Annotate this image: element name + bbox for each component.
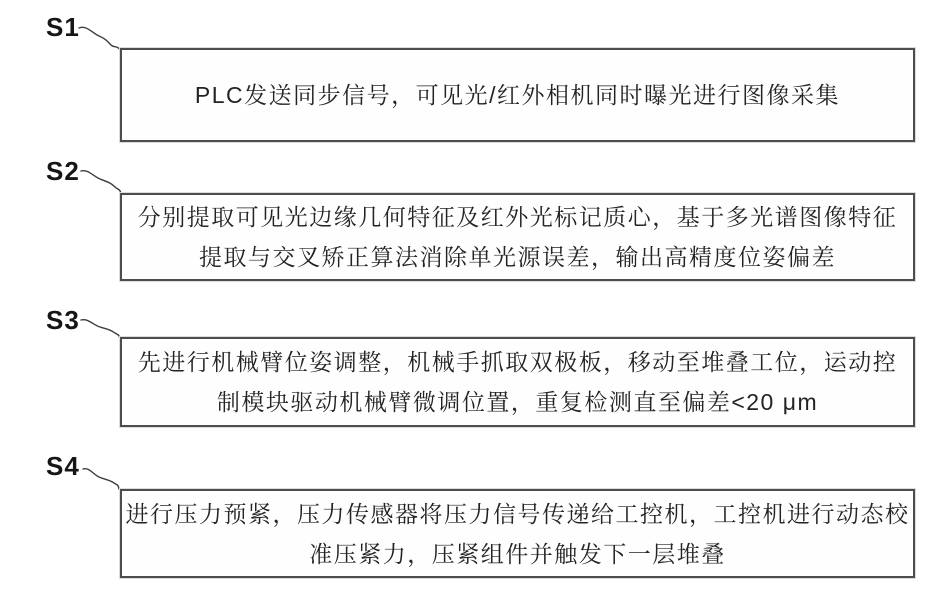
step-text-line: 提取与交叉矫正算法消除单光源误差，输出高精度位姿偏差 <box>199 237 836 277</box>
step-label-s1: S1 <box>46 14 80 40</box>
step-box-s3: 先进行机械臂位姿调整，机械手抓取双极板，移动至堆叠工位，运动控 制模块驱动机械臂… <box>120 337 915 427</box>
step-label-s4: S4 <box>46 453 80 479</box>
leader-line-s4 <box>82 466 122 494</box>
step-text-line: 先进行机械臂位姿调整，机械手抓取双极板，移动至堆叠工位，运动控 <box>138 342 898 382</box>
leader-line-s1 <box>78 24 124 56</box>
step-box-s1: PLC发送同步信号，可见光/红外相机同时曝光进行图像采集 <box>120 48 915 142</box>
step-text-line: 分别提取可见光边缘几何特征及红外光标记质心，基于多光谱图像特征 <box>138 197 898 237</box>
step-text-line: 进行压力预紧，压力传感器将压力信号传递给工控机，工控机进行动态校 <box>126 494 910 534</box>
step-label-s3: S3 <box>46 307 80 333</box>
flowchart-figure: S1 PLC发送同步信号，可见光/红外相机同时曝光进行图像采集 S2 分别提取可… <box>0 0 937 606</box>
step-label-s2: S2 <box>46 158 80 184</box>
step-text-line: PLC发送同步信号，可见光/红外相机同时曝光进行图像采集 <box>195 75 840 115</box>
step-text-line: 准压紧力，压紧组件并触发下一层堆叠 <box>309 534 726 574</box>
step-text-line: 制模块驱动机械臂微调位置，重复检测直至偏差<20 μm <box>217 382 818 422</box>
leader-line-s2 <box>80 168 124 198</box>
leader-line-s3 <box>80 317 122 343</box>
step-box-s2: 分别提取可见光边缘几何特征及红外光标记质心，基于多光谱图像特征 提取与交叉矫正算… <box>120 193 915 281</box>
step-box-s4: 进行压力预紧，压力传感器将压力信号传递给工控机，工控机进行动态校 准压紧力，压紧… <box>120 489 915 578</box>
